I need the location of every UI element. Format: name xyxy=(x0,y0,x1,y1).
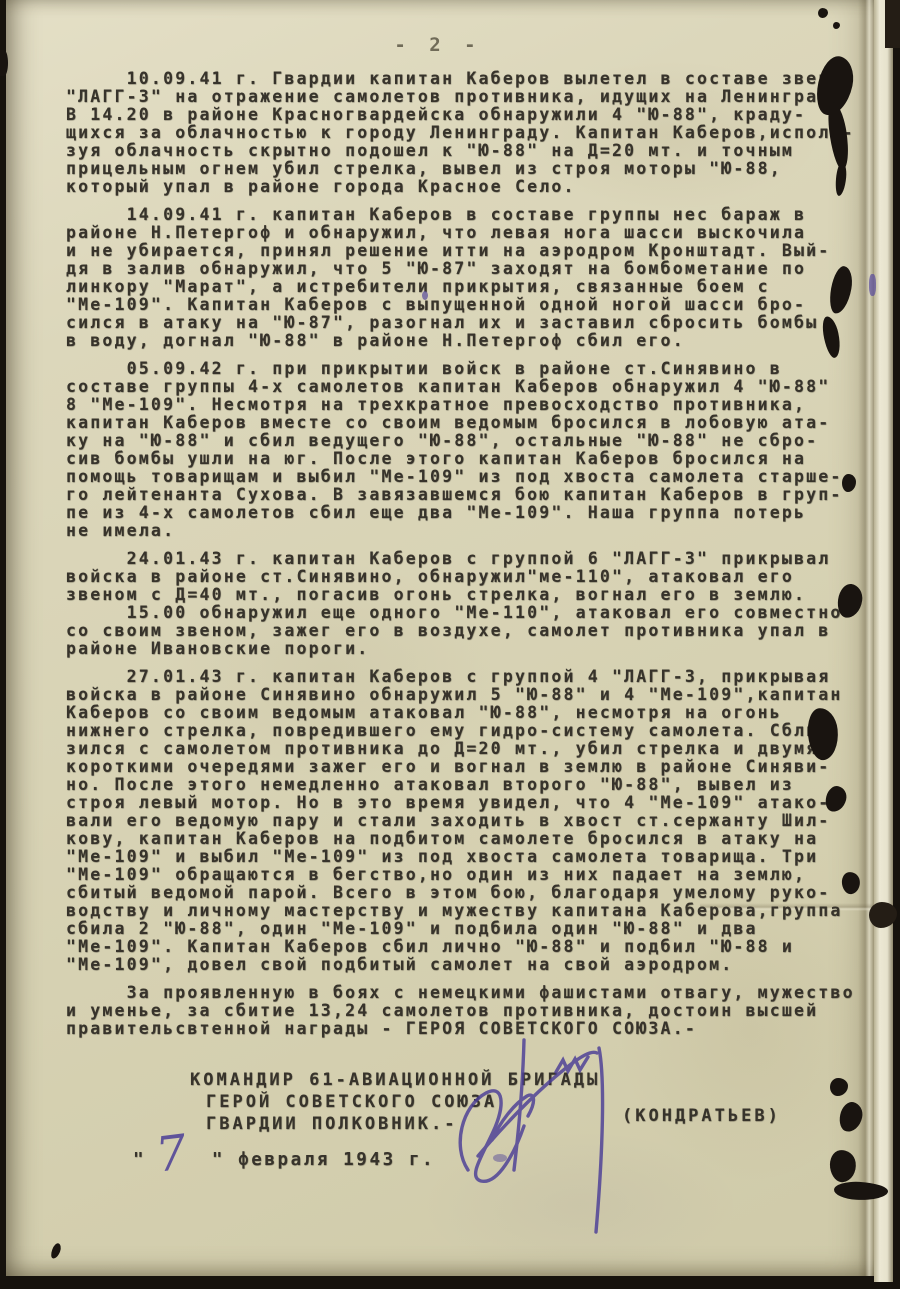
signer-name: (КОНДРАТЬЕВ) xyxy=(622,1106,781,1126)
text-line: кову, капитан Каберов на подбитом самоле… xyxy=(66,830,872,848)
text-line: и уменье, за сбитие 13,24 самолетов прот… xyxy=(66,1002,872,1020)
paragraph: 27.01.43 г. капитан Каберов с группой 4 … xyxy=(66,668,872,974)
text-line: составе группы 4-х самолетов капитан Каб… xyxy=(66,378,872,396)
photograph-background: - 2 - 10.09.41 г. Гвардии капитан Каберо… xyxy=(0,0,900,1289)
text-line: капитан Каберов вместе со своим ведомым … xyxy=(66,414,872,432)
tear-mark xyxy=(0,50,8,76)
text-line: "Ме-109". Капитан Каберов сбил лично "Ю-… xyxy=(66,938,872,956)
text-line: щихся за облачностью к городу Ленинграду… xyxy=(66,124,872,142)
handwritten-day: 7 xyxy=(153,1124,190,1183)
text-line: но. После этого немедленно атаковал втор… xyxy=(66,776,872,794)
signature-title-line-3: ГВАРДИИ ПОЛКОВНИК.- xyxy=(206,1114,457,1134)
text-line: зуя облачность скрытно подошел к "Ю-88" … xyxy=(66,142,872,160)
text-line: районе Ивановские пороги. xyxy=(66,640,872,658)
text-line: го лейтенанта Сухова. В завязавшемся бою… xyxy=(66,486,872,504)
text-line: 14.09.41 г. капитан Каберов в составе гр… xyxy=(66,206,872,224)
tear-mark xyxy=(885,0,900,48)
text-line: "Ме-109". Капитан Каберов с выпущенной о… xyxy=(66,296,872,314)
text-line: прицельным огнем убил стрелка, вывел из … xyxy=(66,160,872,178)
ink-speck xyxy=(869,274,876,296)
text-line: дя в залив обнаружил, что 5 "Ю-87" заход… xyxy=(66,260,872,278)
text-line: звеном с Д=40 мт., погасив огонь стрелка… xyxy=(66,586,872,604)
text-line: который упал в районе города Красное Сел… xyxy=(66,178,872,196)
text-line: "Ме-109", довел свой подбитый самолет на… xyxy=(66,956,872,974)
text-line: 10.09.41 г. Гвардии капитан Каберов выле… xyxy=(66,70,872,88)
paragraph: За проявленную в боях с немецкими фашист… xyxy=(66,984,872,1038)
text-line: в воду, догнал "Ю-88" в районе Н.Петерго… xyxy=(66,332,872,350)
text-line: и не убирается, принял решение итти на а… xyxy=(66,242,872,260)
ink-speck xyxy=(422,291,428,300)
text-line: нижнего стрелка, повредившего ему гидро-… xyxy=(66,722,872,740)
text-line: В 14.20 в районе Красногвардейска обнару… xyxy=(66,106,872,124)
text-line: 15.00 обнаружил еще одного "Ме-110", ата… xyxy=(66,604,872,622)
page-number: - 2 - xyxy=(368,34,508,56)
text-line: "Ме-109" и выбил "Ме-109" из под хвоста … xyxy=(66,848,872,866)
text-line: со своим звеном, зажег его в воздухе, са… xyxy=(66,622,872,640)
text-line: Каберов со своим ведомым атаковал "Ю-88"… xyxy=(66,704,872,722)
text-line: "Ме-109" обращаются в бегство,но один из… xyxy=(66,866,872,884)
text-line: помощь товарищам и выбил "Ме-109" из под… xyxy=(66,468,872,486)
paragraph: 14.09.41 г. капитан Каберов в составе гр… xyxy=(66,206,872,350)
text-line: водству и личному мастерству и мужеству … xyxy=(66,902,872,920)
text-line: линкору "Марат", а истребители прикрытия… xyxy=(66,278,872,296)
text-line: вали его ведомую пару и стали заходить в… xyxy=(66,812,872,830)
text-line: 24.01.43 г. капитан Каберов с группой 6 … xyxy=(66,550,872,568)
paragraph: 05.09.42 г. при прикрытии войск в районе… xyxy=(66,360,872,540)
text-line: 8 "Ме-109". Несмотря на трехкратное прев… xyxy=(66,396,872,414)
text-line: сбитый ведомой парой. Всего в этом бою, … xyxy=(66,884,872,902)
underlying-page-edge xyxy=(874,0,893,1282)
text-line: За проявленную в боях с немецкими фашист… xyxy=(66,984,872,1002)
text-line: 05.09.42 г. при прикрытии войск в районе… xyxy=(66,360,872,378)
document-body: 10.09.41 г. Гвардии капитан Каберов выле… xyxy=(66,70,872,1048)
paragraph: 24.01.43 г. капитан Каберов с группой 6 … xyxy=(66,550,872,658)
text-line: короткими очередями зажег его и вогнал в… xyxy=(66,758,872,776)
text-line: сился в атаку на "Ю-87", разогнал их и з… xyxy=(66,314,872,332)
text-line: правительсвтенной награды - ГЕРОЯ СОВЕТС… xyxy=(66,1020,872,1038)
text-line: сив бомбы ушли на юг. После этого капита… xyxy=(66,450,872,468)
text-line: войска в районе Синявино обнаружил 5 "Ю-… xyxy=(66,686,872,704)
text-line: "ЛАГГ-3" на отражение самолетов противни… xyxy=(66,88,872,106)
signature-title-line-1: КОМАНДИР 61-АВИАЦИОННОЙ БРИГАДЫ xyxy=(190,1070,600,1090)
text-line: районе Н.Петергоф и обнаружил, что левая… xyxy=(66,224,872,242)
text-line: пе из 4-х самолетов сбил еще два "Ме-109… xyxy=(66,504,872,522)
text-line: не имела. xyxy=(66,522,872,540)
text-line: ку на "Ю-88" и сбил ведущего "Ю-88", ост… xyxy=(66,432,872,450)
text-line: 27.01.43 г. капитан Каберов с группой 4 … xyxy=(66,668,872,686)
text-line: сбила 2 "Ю-88", один "Ме-109" и подбила … xyxy=(66,920,872,938)
text-line: строя левый мотор. Но в это время увидел… xyxy=(66,794,872,812)
text-line: войска в районе ст.Синявино, обнаружил"м… xyxy=(66,568,872,586)
signature-title-line-2: ГЕРОЙ СОВЕТСКОГО СОЮЗА xyxy=(206,1092,497,1112)
paragraph: 10.09.41 г. Гвардии капитан Каберов выле… xyxy=(66,70,872,196)
text-line: зился с самолетом противника до Д=20 мт.… xyxy=(66,740,872,758)
